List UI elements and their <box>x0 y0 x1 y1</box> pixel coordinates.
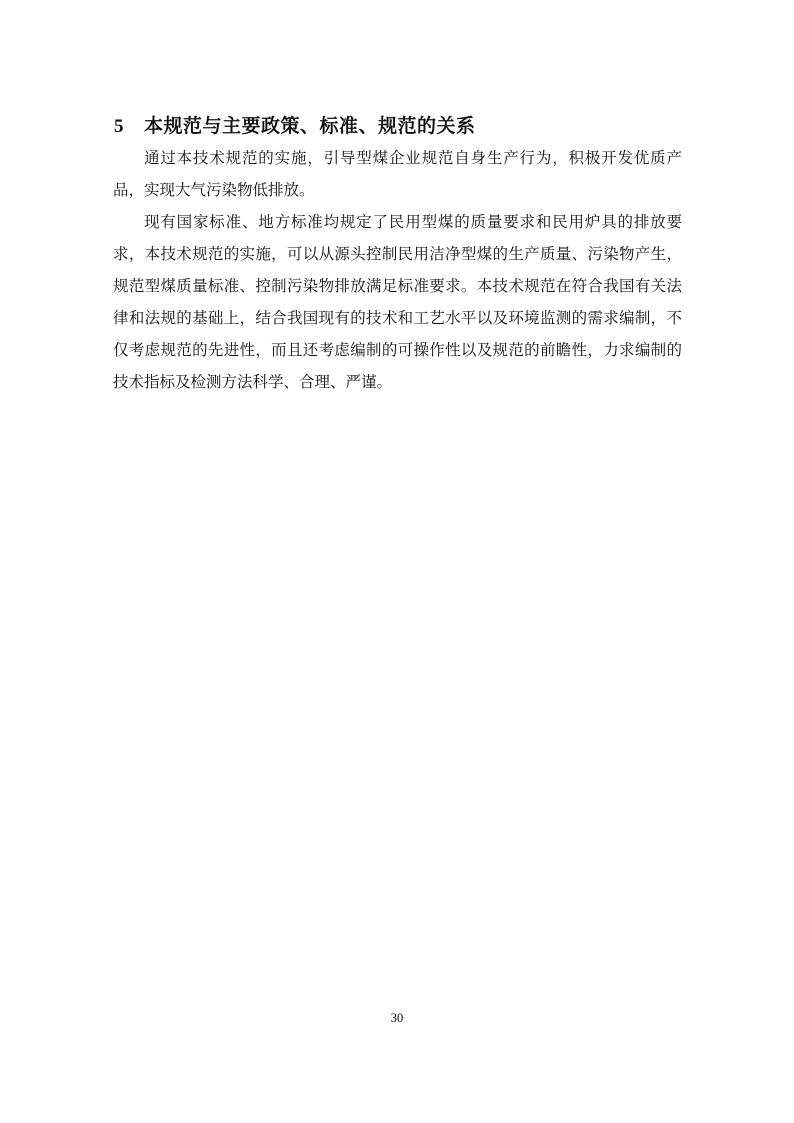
paragraph: 现有国家标准、地方标准均规定了民用型煤的质量要求和民用炉具的排放要求，本技术规范… <box>113 207 682 399</box>
section-heading: 5本规范与主要政策、标准、规范的关系 <box>114 113 694 140</box>
page-number: 30 <box>0 1009 794 1027</box>
body-text: 通过本技术规范的实施，引导型煤企业规范自身生产行为，积极开发优质产品，实现大气污… <box>113 143 682 399</box>
document-page: 5本规范与主要政策、标准、规范的关系 通过本技术规范的实施，引导型煤企业规范自身… <box>0 0 794 1123</box>
section-title: 本规范与主要政策、标准、规范的关系 <box>144 116 476 137</box>
paragraph: 通过本技术规范的实施，引导型煤企业规范自身生产行为，积极开发优质产品，实现大气污… <box>113 143 682 207</box>
section-number: 5 <box>114 116 124 137</box>
